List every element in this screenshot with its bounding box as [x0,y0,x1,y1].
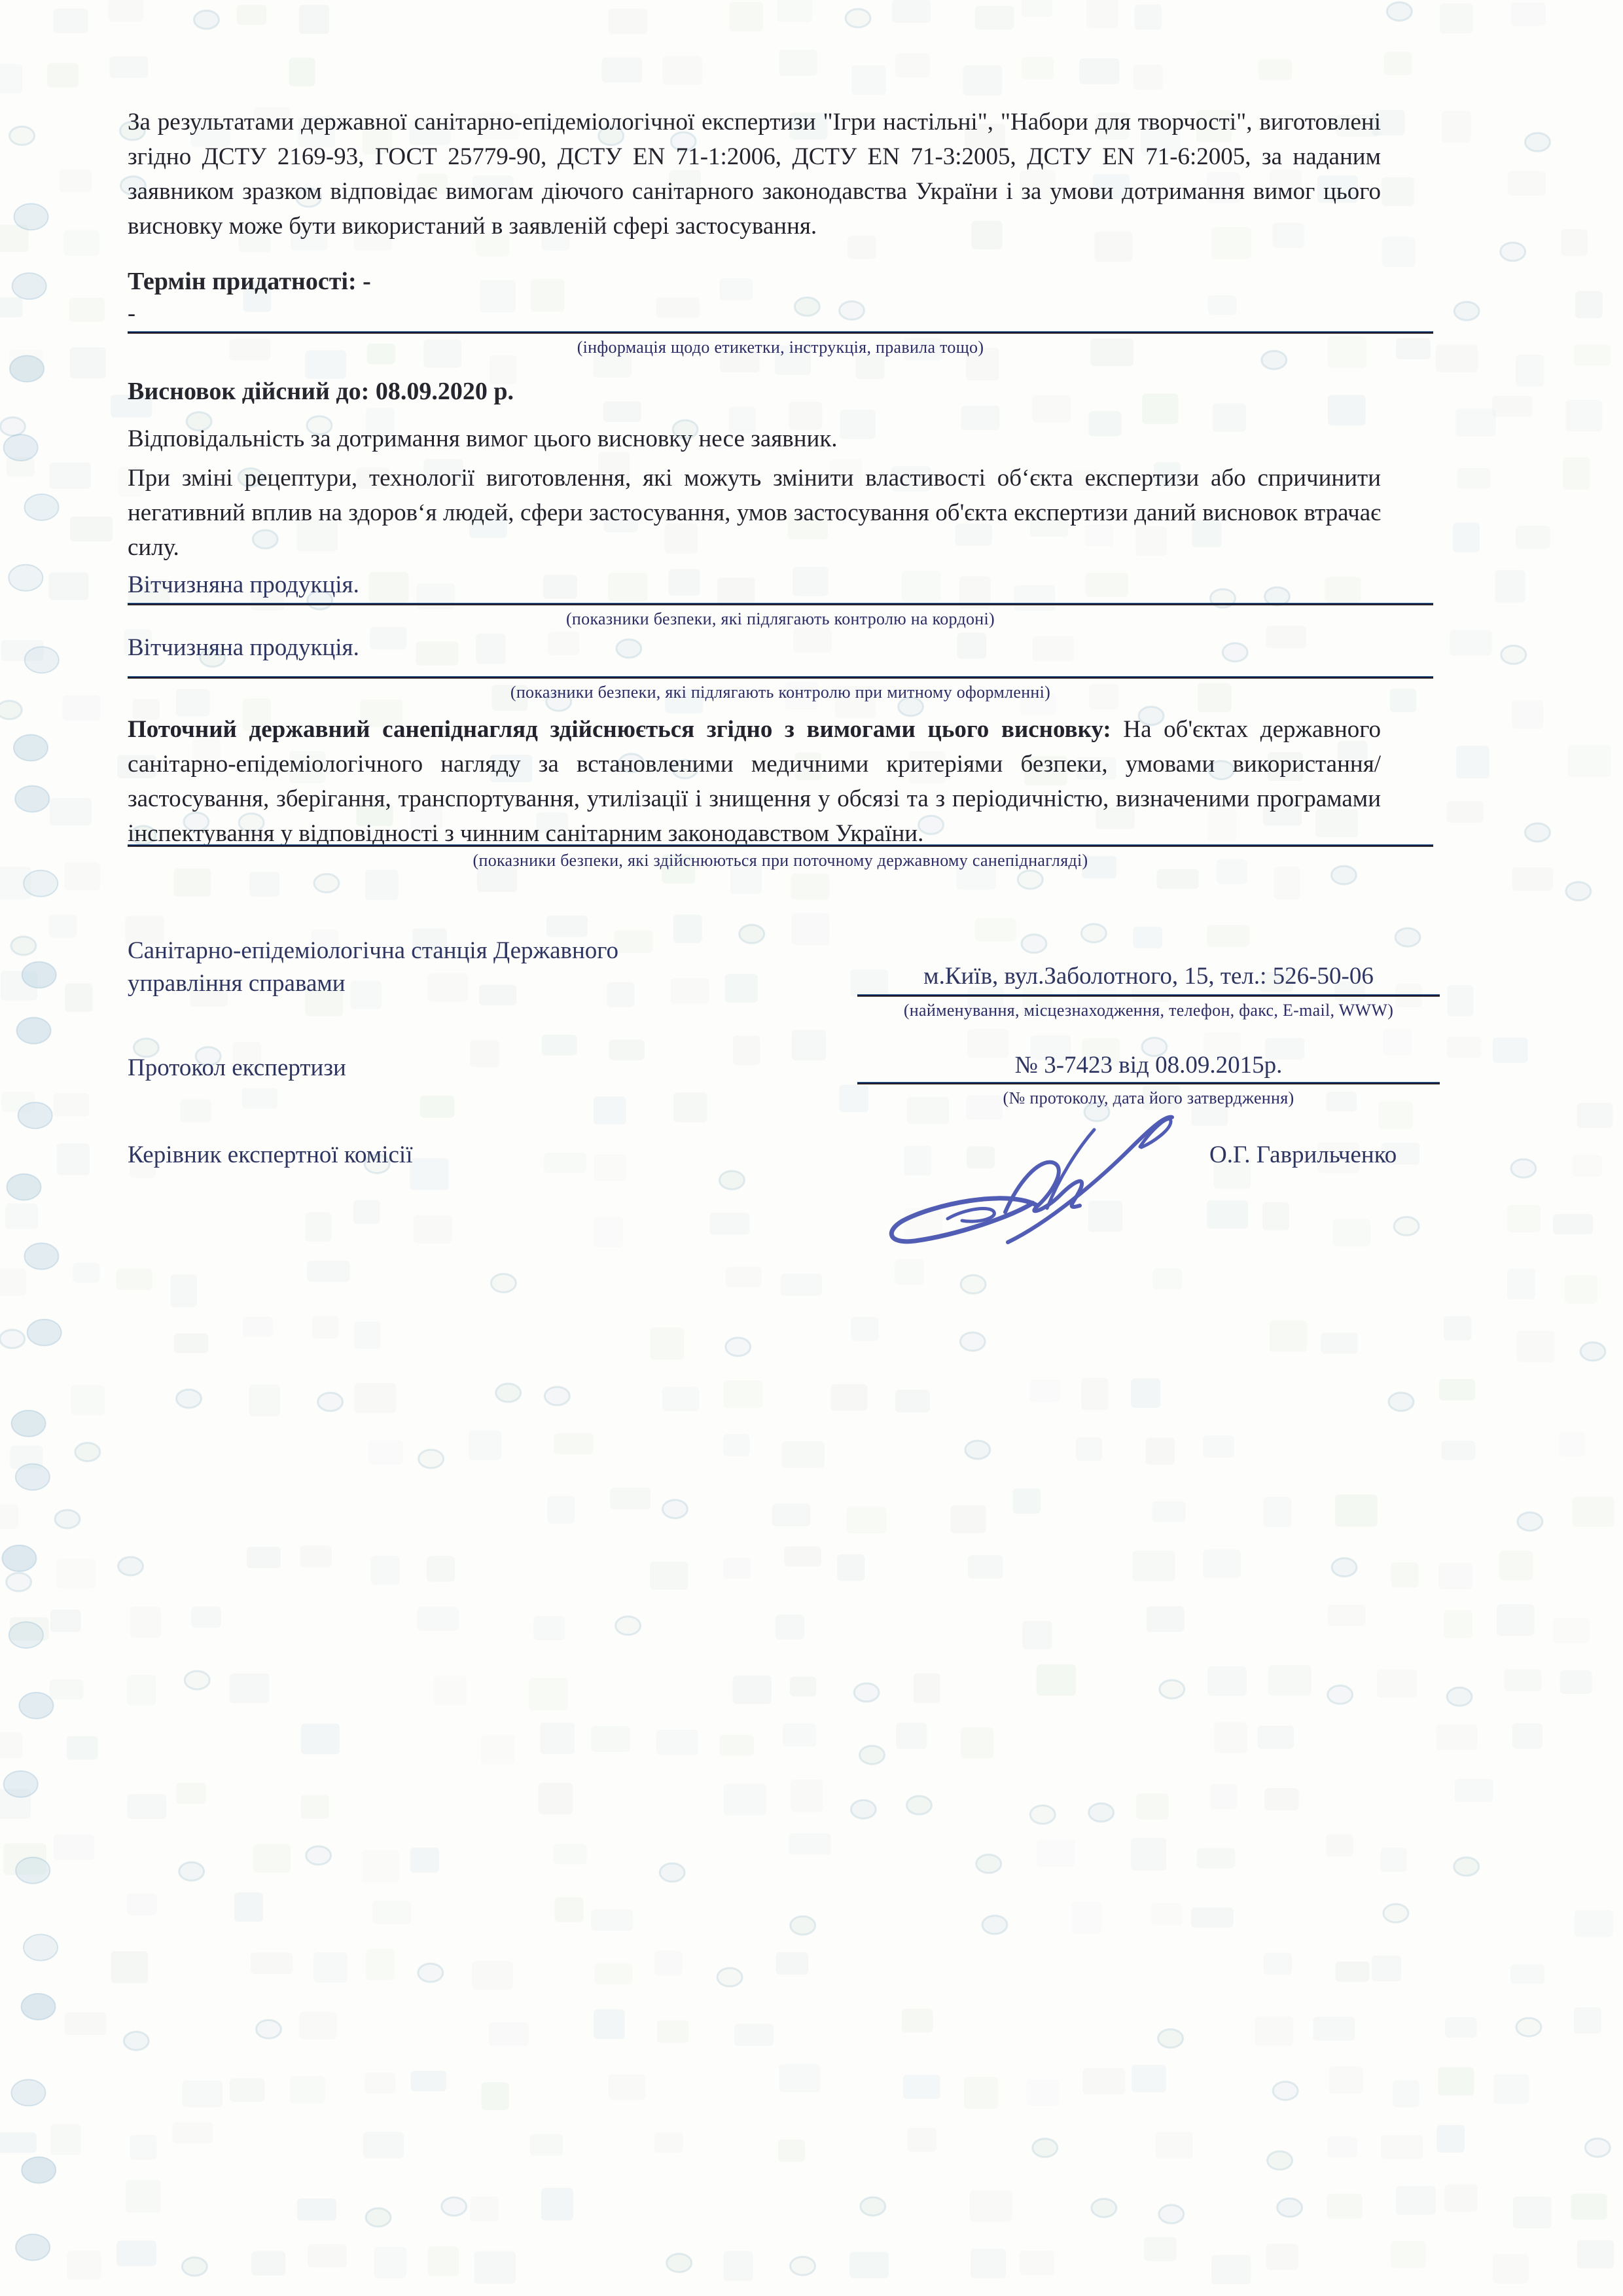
signatory-name: О.Г. Гаврильченко [1209,1141,1397,1169]
border-control-caption: (показники безпеки, які підлягають контр… [128,609,1433,629]
change-clause-paragraph: При зміні рецептури, технології виготовл… [128,461,1381,565]
surveillance-underline [128,844,1433,847]
shelf-life-underline [128,331,1433,334]
surveillance-paragraph: Поточний державний санепіднагляд здійсню… [128,712,1381,851]
surveillance-caption: (показники безпеки, які здійснюються при… [128,851,1433,870]
protocol-caption: (№ протоколу, дата його затвердження) [857,1088,1440,1108]
customs-control-value: Вітчизняна продукція. [128,634,359,662]
responsibility-line: Відповідальність за дотримання вимог цьо… [128,422,838,456]
valid-until-heading: Висновок дійсний до: 08.09.2020 р. [128,377,514,406]
surveillance-lead: Поточний державний санепіднагляд здійсню… [128,716,1111,743]
institution-caption: (найменування, місцезнаходження, телефон… [857,1001,1440,1020]
shelf-life-heading: Термін придатності: - [128,267,371,296]
protocol-label: Протокол експертизи [128,1054,346,1082]
protocol-underline [857,1082,1440,1085]
signatory-label: Керівник експертної комісії [128,1141,412,1169]
institution-address: м.Київ, вул.Заболотного, 15, тел.: 526-5… [857,962,1440,990]
customs-control-caption: (показники безпеки, які підлягають контр… [128,683,1433,702]
protocol-number-value: № 3-7423 від 08.09.2015р. [857,1051,1440,1079]
scanned-document-page: { "colors": { "page_background": "#fdfdf… [0,0,1623,2296]
customs-control-underline [128,676,1433,679]
shelf-life-caption: (інформація щодо етикетки, інструкція, п… [128,338,1433,357]
border-control-value: Вітчизняна продукція. [128,571,359,599]
shelf-life-value: - [128,296,135,331]
border-control-underline [128,603,1433,605]
institution-underline [857,994,1440,997]
institution-name: Санітарно-епідеміологічна станція Держав… [128,935,690,1000]
intro-paragraph: За результатами державної санітарно-епід… [128,105,1381,243]
